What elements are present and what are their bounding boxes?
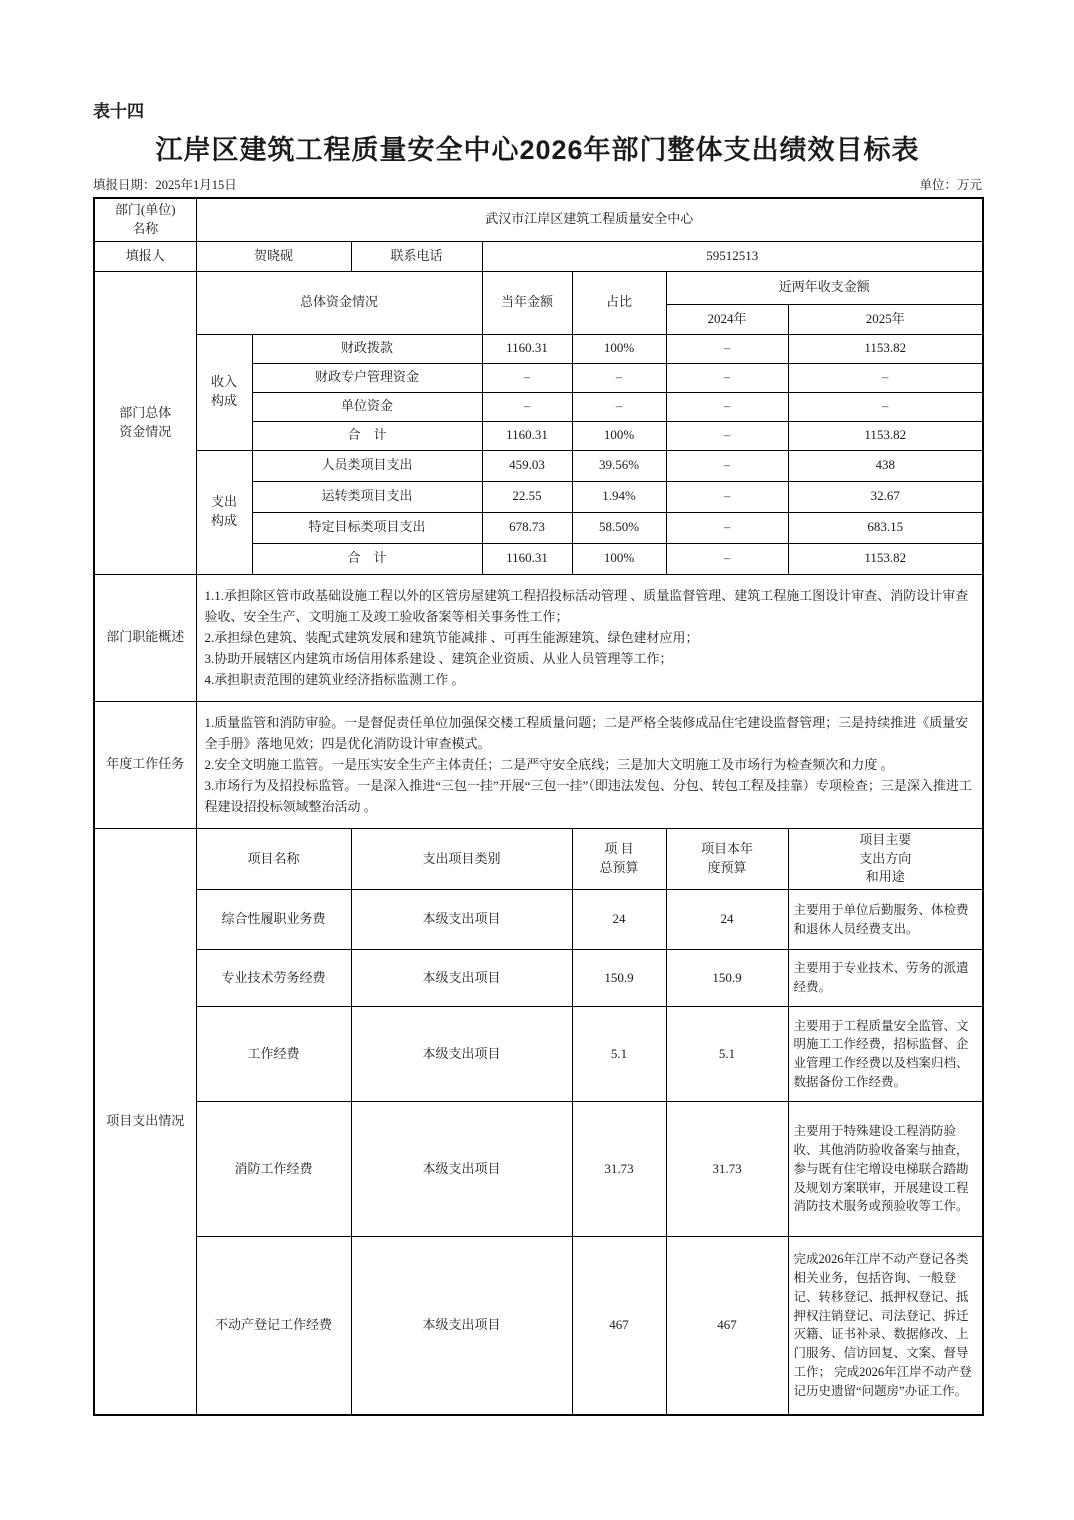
income-total-amount: 1160.31 <box>482 421 572 450</box>
expense-total-label: 合 计 <box>252 543 482 574</box>
project-year-budget-header: 项目本年 度预算 <box>666 828 788 890</box>
income-2024: – <box>666 392 788 421</box>
expense-2025: 32.67 <box>788 481 983 512</box>
project-category: 本级支出项目 <box>351 1237 572 1415</box>
income-total-ratio: 100% <box>572 421 666 450</box>
income-item-name: 单位资金 <box>252 392 482 421</box>
income-2025: – <box>788 392 983 421</box>
income-2025: – <box>788 363 983 392</box>
project-year-budget: 150.9 <box>666 950 788 1007</box>
project-purpose: 主要用于单位后勤服务、体检费和退休人员经费支出。 <box>788 890 983 950</box>
filler-value: 贺晓砚 <box>196 241 351 271</box>
page-title: 江岸区建筑工程质量安全中心2026年部门整体支出绩效目标表 <box>93 128 982 167</box>
project-category: 本级支出项目 <box>351 890 572 950</box>
project-name: 消防工作经费 <box>196 1102 351 1237</box>
table-row: 部门(单位) 名称 武汉市江岸区建筑工程质量安全中心 <box>94 198 983 241</box>
project-purpose-header: 项目主要 支出方向 和用途 <box>788 828 983 890</box>
income-amount: – <box>482 392 572 421</box>
income-ratio: – <box>572 392 666 421</box>
table-row: 不动产登记工作经费 本级支出项目 467 467 完成2026年江岸不动产登记各… <box>94 1237 983 1415</box>
project-category: 本级支出项目 <box>351 1102 572 1237</box>
income-amount: – <box>482 363 572 392</box>
filler-label: 填报人 <box>94 241 196 271</box>
expense-item-name: 运转类项目支出 <box>252 481 482 512</box>
project-year-budget: 31.73 <box>666 1102 788 1237</box>
expense-2025: 438 <box>788 450 983 481</box>
expense-2024: – <box>666 481 788 512</box>
project-category: 本级支出项目 <box>351 950 572 1007</box>
table-row: 工作经费 本级支出项目 5.1 5.1 主要用于工程质量安全监管、文明施工工作经… <box>94 1007 983 1102</box>
funds-current-amount-header: 当年金额 <box>482 271 572 334</box>
phone-label: 联系电话 <box>351 241 482 271</box>
phone-value: 59512513 <box>482 241 983 271</box>
expense-amount: 459.03 <box>482 450 572 481</box>
table-row: 收入 构成 财政拨款 1160.31 100% – 1153.82 <box>94 334 983 363</box>
unit-note: 单位：万元 <box>919 175 982 193</box>
income-2025: 1153.82 <box>788 334 983 363</box>
project-name: 工作经费 <box>196 1007 351 1102</box>
income-total-2025: 1153.82 <box>788 421 983 450</box>
dept-name-value: 武汉市江岸区建筑工程质量安全中心 <box>196 198 983 241</box>
expense-ratio: 39.56% <box>572 450 666 481</box>
funds-recent-header: 近两年收支金额 <box>666 271 983 304</box>
functions-text: 1.1.承担除区管市政基础设施工程以外的区管房屋建筑工程招投标活动管理 、质量监… <box>196 574 983 701</box>
expense-amount: 22.55 <box>482 481 572 512</box>
meta-row: 填报日期：2025年1月15日 单位：万元 <box>93 175 982 193</box>
expense-ratio: 1.94% <box>572 481 666 512</box>
expense-2025: 683.15 <box>788 512 983 543</box>
project-purpose: 主要用于特殊建设工程消防验收、其他消防验收备案与抽查，参与既有住宅增设电梯联合踏… <box>788 1102 983 1237</box>
expense-total-ratio: 100% <box>572 543 666 574</box>
funds-block-label: 部门总体 资金情况 <box>94 271 196 574</box>
project-year-budget: 467 <box>666 1237 788 1415</box>
funds-2025-header: 2025年 <box>788 304 983 334</box>
performance-target-table: 部门(单位) 名称 武汉市江岸区建筑工程质量安全中心 填报人 贺晓砚 联系电话 … <box>93 197 984 1416</box>
income-total-2024: – <box>666 421 788 450</box>
expense-ratio: 58.50% <box>572 512 666 543</box>
expense-total-2025: 1153.82 <box>788 543 983 574</box>
table-row: 消防工作经费 本级支出项目 31.73 31.73 主要用于特殊建设工程消防验收… <box>94 1102 983 1237</box>
projects-block-label: 项目支出情况 <box>94 828 196 1415</box>
income-group-label: 收入 构成 <box>196 334 252 450</box>
expense-item-name: 人员类项目支出 <box>252 450 482 481</box>
income-2024: – <box>666 363 788 392</box>
table-row: 年度工作任务 1.质量监管和消防审验。一是督促责任单位加强保交楼工程质量问题；二… <box>94 701 983 828</box>
report-date: 填报日期：2025年1月15日 <box>93 175 237 193</box>
project-total-budget: 31.73 <box>572 1102 666 1237</box>
expense-total-amount: 1160.31 <box>482 543 572 574</box>
tasks-text: 1.质量监管和消防审验。一是督促责任单位加强保交楼工程质量问题；二是严格全装修成… <box>196 701 983 828</box>
table-row: 部门总体 资金情况 总体资金情况 当年金额 占比 近两年收支金额 <box>94 271 983 304</box>
project-total-budget: 467 <box>572 1237 666 1415</box>
document-page: 表十四 江岸区建筑工程质量安全中心2026年部门整体支出绩效目标表 填报日期：2… <box>0 0 1074 1520</box>
income-item-name: 财政专户管理资金 <box>252 363 482 392</box>
project-total-budget: 24 <box>572 890 666 950</box>
table-row: 支出 构成 人员类项目支出 459.03 39.56% – 438 <box>94 450 983 481</box>
project-total-budget-header: 项 目 总预算 <box>572 828 666 890</box>
project-purpose: 完成2026年江岸不动产登记各类相关业务，包括咨询、一般登记、转移登记、抵押权登… <box>788 1237 983 1415</box>
table-row: 部门职能概述 1.1.承担除区管市政基础设施工程以外的区管房屋建筑工程招投标活动… <box>94 574 983 701</box>
funds-2024-header: 2024年 <box>666 304 788 334</box>
expense-item-name: 特定目标类项目支出 <box>252 512 482 543</box>
income-ratio: 100% <box>572 334 666 363</box>
expense-amount: 678.73 <box>482 512 572 543</box>
income-amount: 1160.31 <box>482 334 572 363</box>
project-category-header: 支出项目类别 <box>351 828 572 890</box>
project-category: 本级支出项目 <box>351 1007 572 1102</box>
project-purpose: 主要用于专业技术、劳务的派遣经费。 <box>788 950 983 1007</box>
table-row: 项目支出情况 项目名称 支出项目类别 项 目 总预算 项目本年 度预算 项目主要… <box>94 828 983 890</box>
expense-group-label: 支出 构成 <box>196 450 252 574</box>
income-2024: – <box>666 334 788 363</box>
project-name: 不动产登记工作经费 <box>196 1237 351 1415</box>
table-row: 填报人 贺晓砚 联系电话 59512513 <box>94 241 983 271</box>
project-purpose: 主要用于工程质量安全监管、文明施工工作经费，招标监督、企业管理工作经费以及档案归… <box>788 1007 983 1102</box>
project-name: 专业技术劳务经费 <box>196 950 351 1007</box>
project-year-budget: 24 <box>666 890 788 950</box>
income-item-name: 财政拨款 <box>252 334 482 363</box>
income-ratio: – <box>572 363 666 392</box>
table-row: 综合性履职业务费 本级支出项目 24 24 主要用于单位后勤服务、体检费和退休人… <box>94 890 983 950</box>
tasks-label: 年度工作任务 <box>94 701 196 828</box>
expense-total-2024: – <box>666 543 788 574</box>
expense-2024: – <box>666 450 788 481</box>
expense-2024: – <box>666 512 788 543</box>
funds-overall-header: 总体资金情况 <box>196 271 482 334</box>
dept-name-label: 部门(单位) 名称 <box>94 198 196 241</box>
project-total-budget: 5.1 <box>572 1007 666 1102</box>
table-row: 专业技术劳务经费 本级支出项目 150.9 150.9 主要用于专业技术、劳务的… <box>94 950 983 1007</box>
table-number-label: 表十四 <box>93 0 982 122</box>
project-name-header: 项目名称 <box>196 828 351 890</box>
project-year-budget: 5.1 <box>666 1007 788 1102</box>
income-total-label: 合 计 <box>252 421 482 450</box>
project-total-budget: 150.9 <box>572 950 666 1007</box>
funds-ratio-header: 占比 <box>572 271 666 334</box>
sheet: 表十四 江岸区建筑工程质量安全中心2026年部门整体支出绩效目标表 填报日期：2… <box>93 0 982 1416</box>
functions-label: 部门职能概述 <box>94 574 196 701</box>
project-name: 综合性履职业务费 <box>196 890 351 950</box>
